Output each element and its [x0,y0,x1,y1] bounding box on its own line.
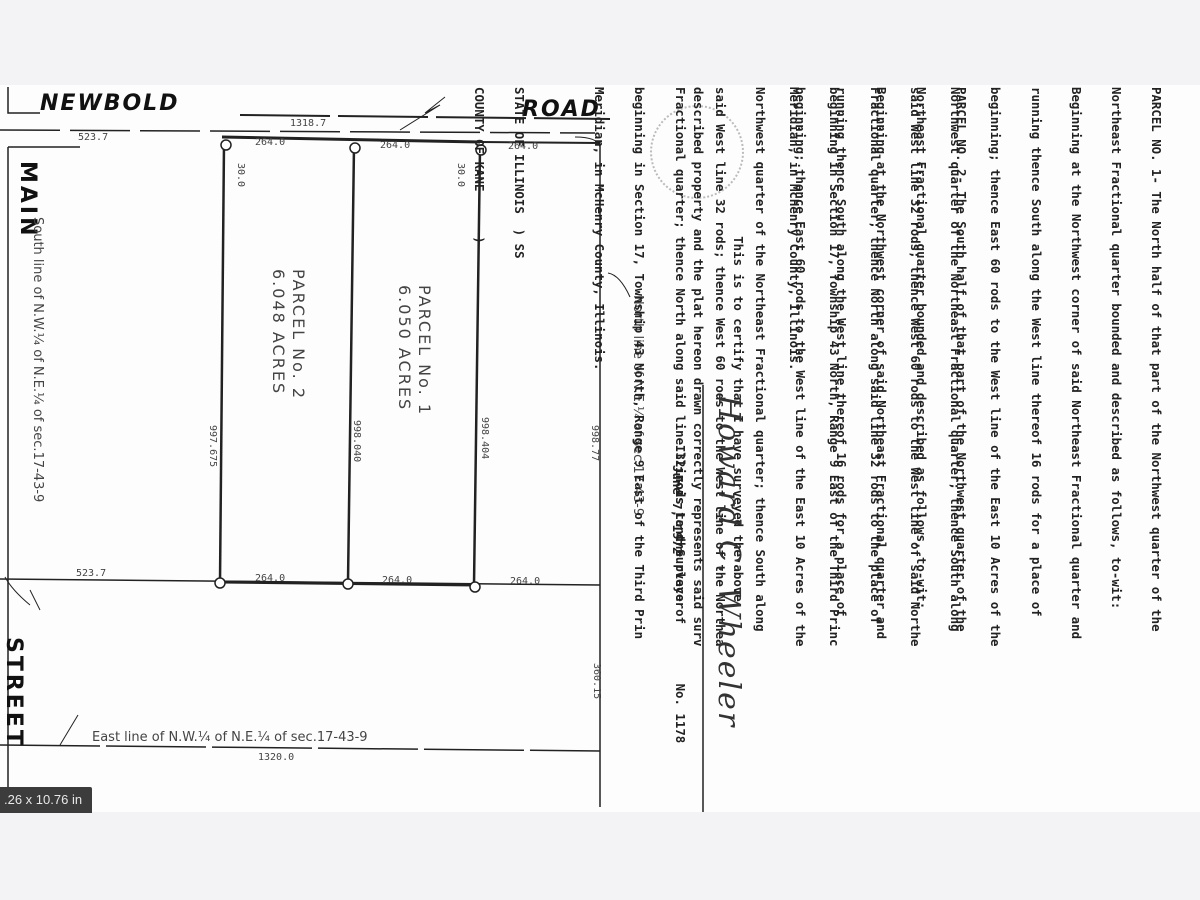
dim-parcel-line-2: 998.040 [351,420,362,462]
legal-line: Northeast Fractional quarter bounded and… [915,87,928,647]
dim-north-west: 523.7 [78,132,108,143]
legal-line: running thence South along the West line… [834,87,847,647]
dim-east-lower: 360.15 [591,663,602,699]
legal-line: Northeast Fractional quarter bounded and… [1110,87,1123,647]
signature-line [700,385,706,812]
note-south-line: South line of N.W.¼ of N.E.¼ of sec.17-4… [30,217,45,502]
parcel-2-name: PARCEL No. 2 [288,269,308,400]
legal-line: running thence South along the West line… [1029,87,1042,647]
dim-north-total: 1318.7 [290,118,326,129]
dim-south-seg-1: 264.0 [255,573,285,584]
legal-line: PARCEL NO. 2- The South half of that par… [955,87,968,647]
state-line: STATE OF ILLINOIS ) SS [513,87,526,647]
parcel-1-acres: 6.050 ACRES [394,285,414,416]
parcel-2-label: PARCEL No. 2 6.048 ACRES [268,269,308,400]
dim-south-seg-2: 264.0 [382,575,412,586]
dim-parcel-line-1: 997.675 [207,425,218,467]
road-label-newbold: NEWBOLD [40,91,179,116]
parcel-1-label: PARCEL No. 1 6.050 ACRES [394,285,434,416]
legal-line: Meridian, in McHenry County, Illinois. [593,87,606,647]
scanned-plat-page: NEWBOLD ROAD MAIN STREET 1318.7 523.7 26… [0,85,1200,812]
surveyor-signature: Howard C. Wheeler [711,395,746,728]
legal-line: Beginning at the Northwest corner of sai… [1069,87,1082,647]
legal-line: beginning; thence East 60 rods to the We… [794,87,807,647]
dim-bottom-total: 1320.0 [258,752,294,763]
dim-north-seg-2: 264.0 [380,140,410,151]
legal-line: PARCEL NO. 1- The North half of that par… [1150,87,1163,647]
note-east-line: East line of N.W.¼ of N.E.¼ of sec.17-43… [92,730,368,745]
legal-line: beginning in Section 17, Township 43 Nor… [633,87,646,647]
county-line: COUNTY OF KANE ) [473,87,486,647]
legal-line: Beginning at the Northwest corner of sai… [874,87,887,647]
survey-date: June 7, 1972 [671,465,684,555]
street-label-street: STREET [1,637,26,748]
dim-north-seg-1: 264.0 [255,137,285,148]
parcel-1-name: PARCEL No. 1 [414,285,434,416]
dim-south-west: 523.7 [76,568,106,579]
parcel-2-acres: 6.048 ACRES [268,269,288,400]
surveyor-number: No. 1178 [673,684,688,744]
size-badge: .26 x 10.76 in [0,787,92,813]
dim-setback-1: 30.0 [235,163,246,187]
